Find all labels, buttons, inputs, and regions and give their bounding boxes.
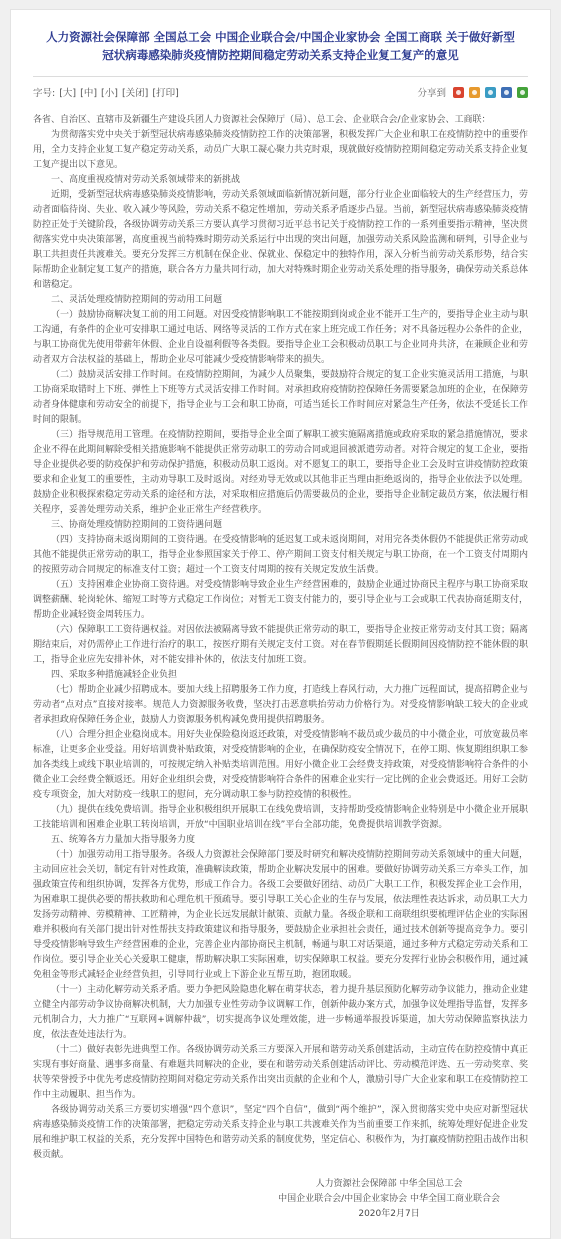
paragraph: （十一）主动化解劳动关系矛盾。要力争把风险隐患化解在萌芽状态，着力提升基层预防化… [33,983,528,1043]
print-button[interactable]: [打印] [152,85,178,99]
signature-line: 2020年2月7日 [278,1207,500,1222]
paragraph: 一、高度重视疫情对劳动关系领域带来的新挑战 [33,173,528,188]
share-qq-icon[interactable] [501,87,512,98]
share-label: 分享到 [417,85,446,99]
paragraph: （四）支持协商未返岗期间的工资待遇。在受疫情影响的延迟复工或未返岗期间，对用完各… [33,533,528,578]
paragraph: （十）加强劳动用工指导服务。各级人力资源社会保障部门要及时研究和解决疫情防控期间… [33,848,528,983]
close-button[interactable]: [关闭] [122,85,148,99]
paragraph: 各级协调劳动关系三方要切实增强“四个意识”，坚定“四个自信”，做到“两个维护”，… [33,1103,528,1163]
signature-line: 人力资源社会保障部 中华全国总工会 [278,1177,500,1192]
share-wechat-icon[interactable] [517,87,528,98]
paragraph: 四、采取多种措施减轻企业负担 [33,668,528,683]
share-qzone-icon[interactable] [485,87,496,98]
paragraph: （三）指导规范用工管理。在疫情防控期间，要指导企业全面了解职工被实施隔离措施或政… [33,428,528,518]
share-tencent-weibo-icon[interactable] [469,87,480,98]
paragraph: 各省、自治区、直辖市及新疆生产建设兵团人力资源社会保障厅（局）、总工会、企业联合… [33,113,528,128]
signature-line: 中国企业联合会/中国企业家协会 中华全国工商业联合会 [278,1192,500,1207]
paragraph: 五、统筹各方力量加大指导服务力度 [33,833,528,848]
paragraph: （二）鼓励灵活安排工作时间。在疫情防控期间，为减少人员聚集，要鼓励符合规定的复工… [33,368,528,428]
signature-block: 人力资源社会保障部 中华全国总工会中国企业联合会/中国企业家协会 中华全国工商业… [278,1177,500,1222]
font-size-large-button[interactable]: [大] [59,85,76,99]
paragraph: （五）支持困难企业协商工资待遇。对受疫情影响导致企业生产经营困难的，鼓励企业通过… [33,578,528,623]
paragraph: （八）合理分担企业稳岗成本。用好失业保险稳岗返还政策，对受疫情影响不裁员或少裁员… [33,728,528,803]
paragraph: （六）保障职工工资待遇权益。对因依法被隔离导致不能提供正常劳动的职工，要指导企业… [33,623,528,668]
paragraph: （七）帮助企业减少招聘成本。要加大线上招聘服务工作力度，打造线上春风行动，大力推… [33,683,528,728]
paragraph: 三、协商处理疫情防控期间的工资待遇问题 [33,518,528,533]
paragraph: （十二）做好表彰先进典型工作。各级协调劳动关系三方要深入开展和谐劳动关系创建活动… [33,1043,528,1103]
page-title: 人力资源社会保障部 全国总工会 中国企业联合会/中国企业家协会 全国工商联 关于… [33,28,528,64]
paragraph: （九）提供在线免费培训。指导企业积极组织开展职工在线免费培训，支持帮助受疫情影响… [33,803,528,833]
share-weibo-icon[interactable] [453,87,464,98]
toolbar: 字号: [大][中][小][关闭][打印] 分享到 [33,76,528,99]
paragraph: 为贯彻落实党中央关于新型冠状病毒感染肺炎疫情防控工作的决策部署，积极发挥广大企业… [33,128,528,173]
article-card: 人力资源社会保障部 全国总工会 中国企业联合会/中国企业家协会 全国工商联 关于… [10,9,551,1239]
document-body: 各省、自治区、直辖市及新疆生产建设兵团人力资源社会保障厅（局）、总工会、企业联合… [33,113,528,1163]
paragraph: 近期，受新型冠状病毒感染肺炎疫情影响，劳动关系领域面临新情况新问题，部分行业企业… [33,188,528,293]
paragraph: （一）鼓励协商解决复工前的用工问题。对因受疫情影响职工不能按期到岗或企业不能开工… [33,308,528,368]
paragraph: 二、灵活处理疫情防控期间的劳动用工问题 [33,293,528,308]
share-bar: 分享到 [417,85,528,99]
font-size-medium-button[interactable]: [中] [80,85,97,99]
font-size-controls: 字号: [大][中][小][关闭][打印] [33,85,179,99]
font-size-label: 字号: [33,85,55,99]
font-size-small-button[interactable]: [小] [101,85,118,99]
